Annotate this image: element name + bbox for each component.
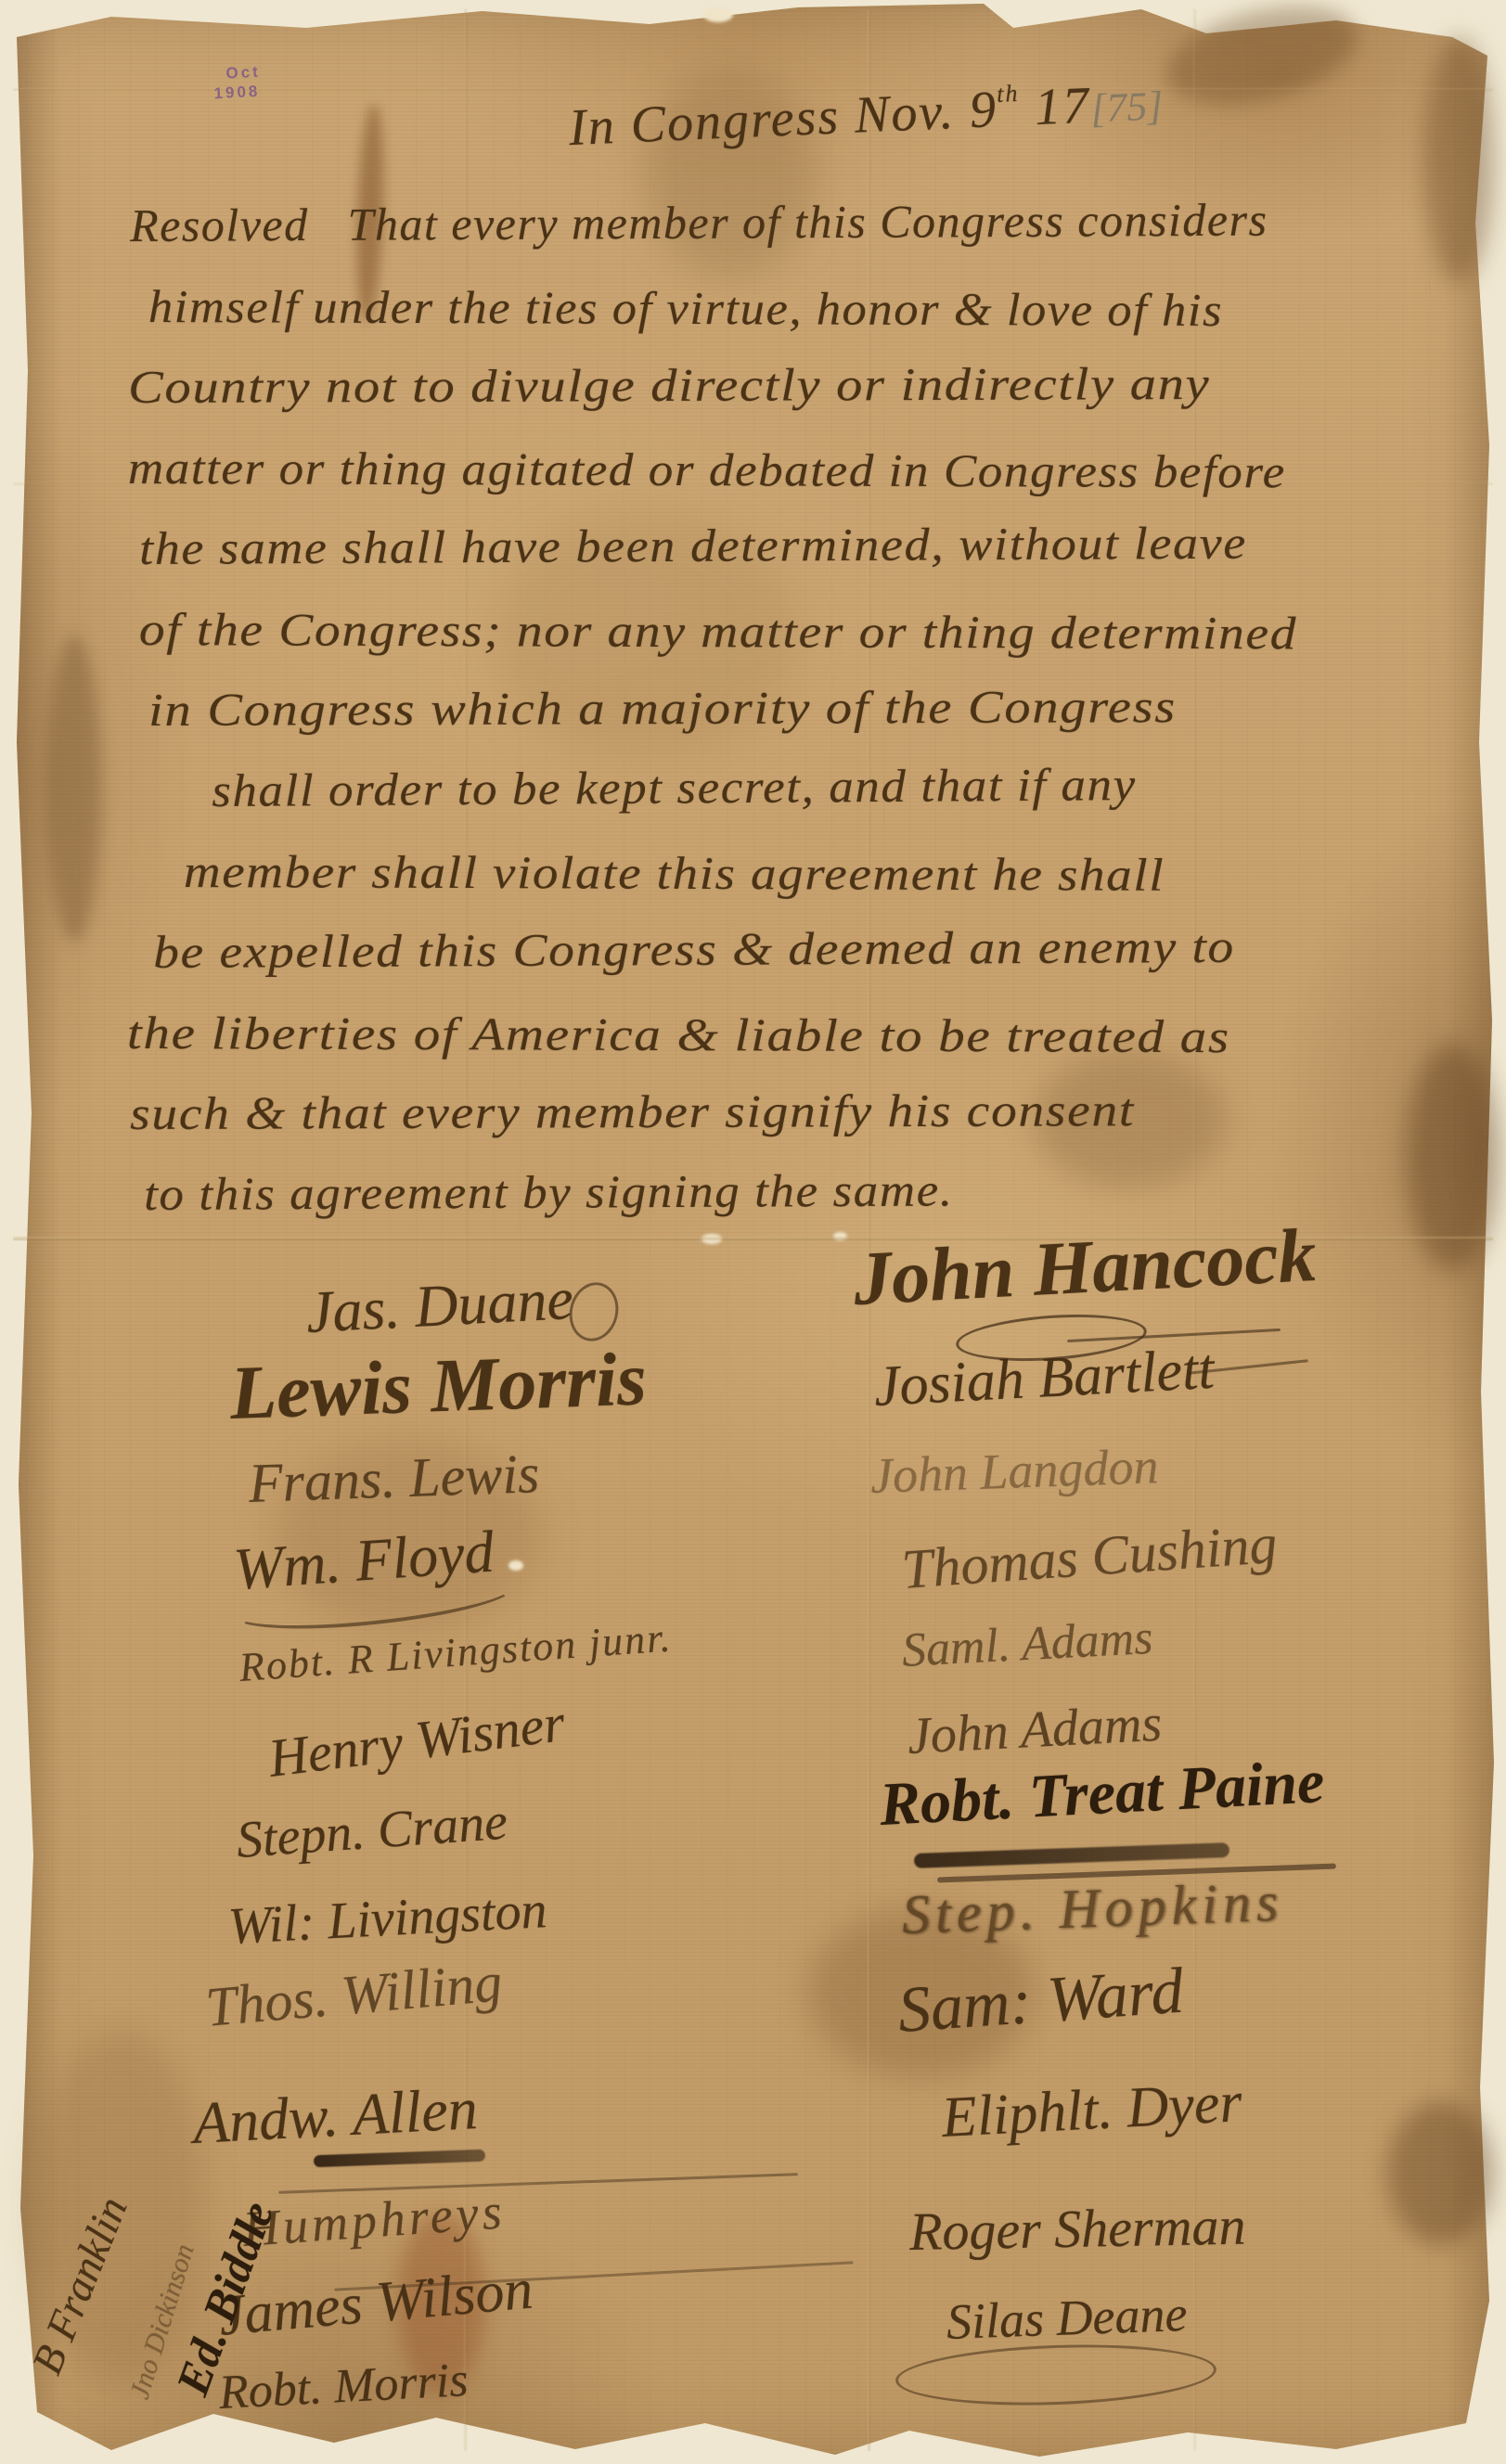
body-line: Resolved That every member of this Congr… bbox=[130, 193, 1268, 252]
signature-roger-sherman: Roger Sherman bbox=[908, 2195, 1246, 2263]
body-line: to this agreement by signing the same. bbox=[144, 1162, 954, 1221]
heading-year: 17 bbox=[1019, 77, 1092, 137]
body-line: Country not to divulge directly or indir… bbox=[128, 356, 1210, 414]
body-line: the same shall have been determined, wit… bbox=[139, 516, 1247, 575]
date-stamp: Oct 1908 bbox=[212, 62, 262, 104]
body-line: himself under the ties of virtue, honor … bbox=[148, 279, 1223, 337]
date-stamp-year: 1908 bbox=[213, 82, 262, 104]
heading-text: In Congress Nov. 9 bbox=[568, 81, 998, 157]
paper-chip bbox=[703, 7, 733, 22]
body-line: of the Congress; nor any matter or thing… bbox=[139, 602, 1297, 660]
heading-superscript: th bbox=[997, 80, 1020, 108]
heading-pencil-bracket: [75] bbox=[1089, 83, 1164, 131]
document-scan: Oct 1908 In Congress Nov. 9th 17[75] Res… bbox=[0, 0, 1506, 2464]
document-heading: In Congress Nov. 9th 17[75] bbox=[506, 13, 1166, 220]
body-line: the liberties of America & liable to be … bbox=[127, 1006, 1230, 1063]
signature-lewis-morris: Lewis Morris bbox=[228, 1335, 648, 1437]
paper-chip bbox=[508, 1560, 523, 1571]
body-line: shall order to be kept secret, and that … bbox=[212, 757, 1137, 817]
signature-frans-lewis: Frans. Lewis bbox=[248, 1442, 541, 1516]
body-line: in Congress which a majority of the Cong… bbox=[148, 679, 1177, 737]
body-line: such & that every member signify his con… bbox=[130, 1083, 1135, 1140]
signature-john-langdon: John Langdon bbox=[869, 1437, 1159, 1505]
date-stamp-month: Oct bbox=[212, 62, 261, 84]
signature-step-hopkins: Step. Hopkins bbox=[901, 1870, 1284, 1947]
body-line: be expelled this Congress & deemed an en… bbox=[153, 919, 1235, 979]
body-line: matter or thing agitated or debated in C… bbox=[128, 441, 1286, 498]
body-line: member shall violate this agreement he s… bbox=[184, 844, 1165, 902]
signature-silas-deane: Silas Deane bbox=[946, 2285, 1188, 2351]
signature-jas-duane: Jas. Duane bbox=[304, 1264, 574, 1347]
